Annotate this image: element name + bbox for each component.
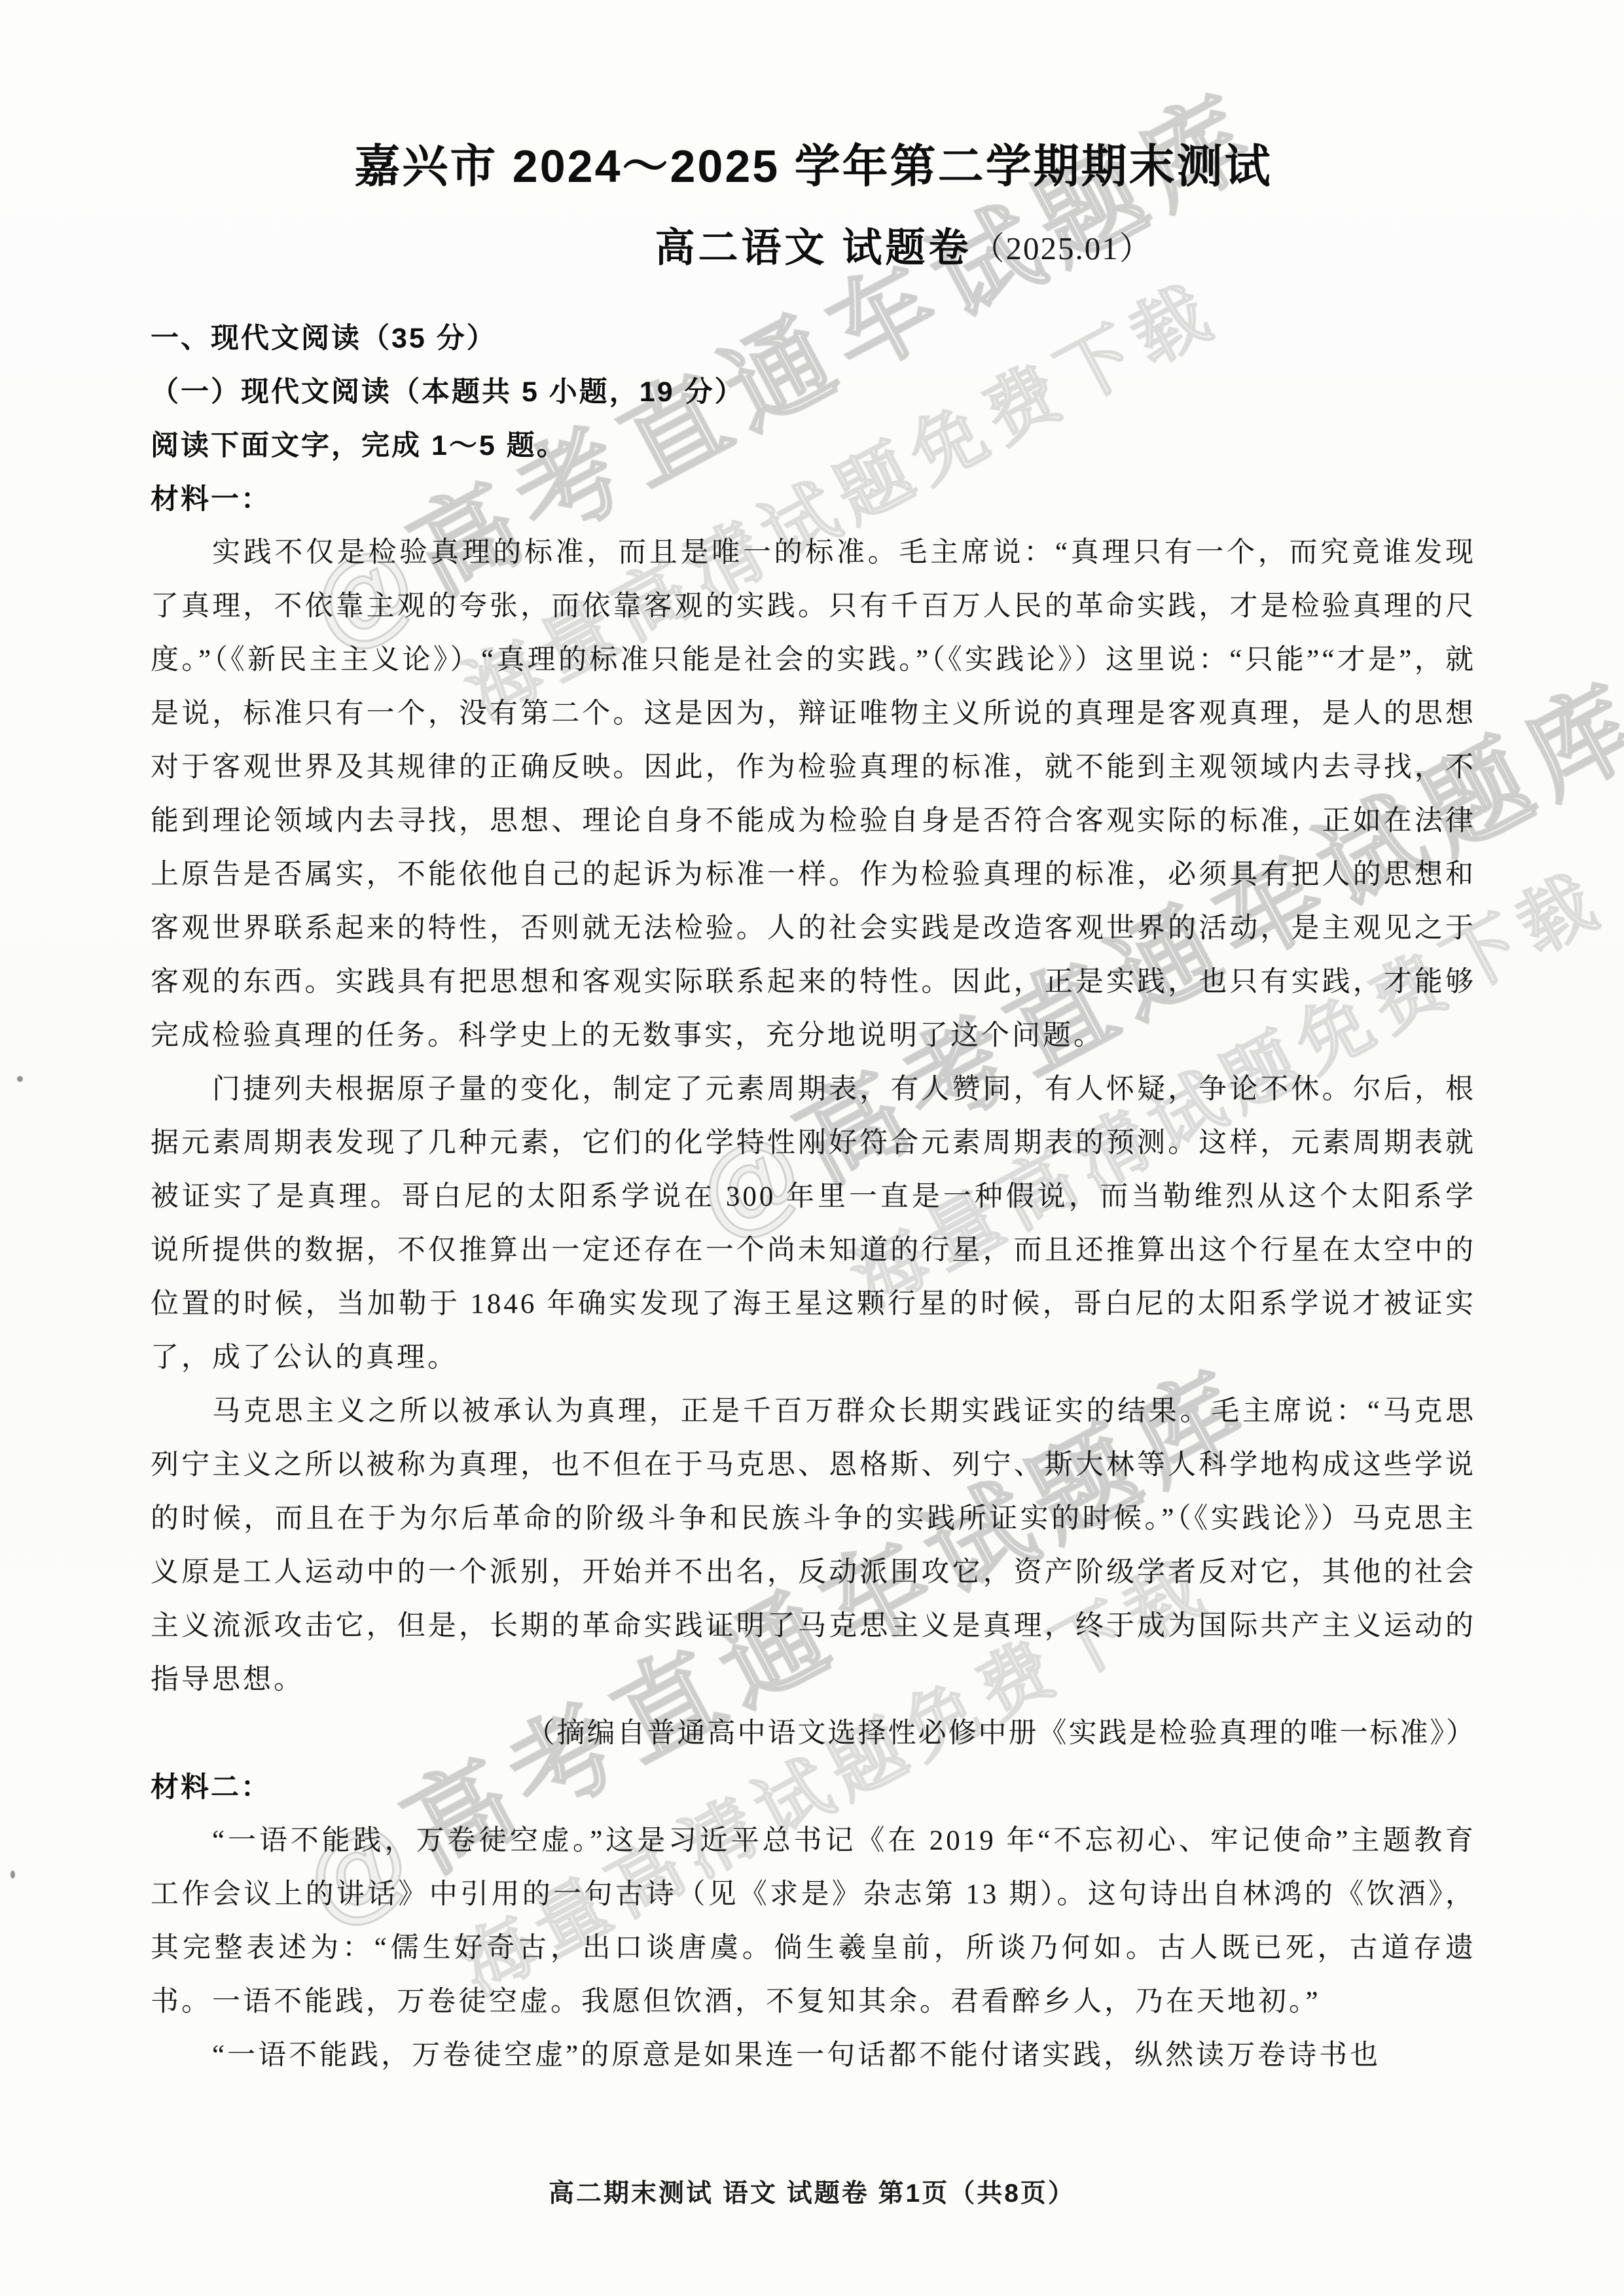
- label-line: 材料二：: [151, 1761, 1476, 1814]
- page-footer: 高二期末测试 语文 试题卷 第1页（共8页）: [0, 2173, 1624, 2210]
- document-content: 嘉兴市 2024～2025 学年第二学期期末测试 高二语文 试题卷 （2025.…: [151, 0, 1476, 2083]
- section-line: （一）现代文阅读（本题共 5 小题，19 分）: [151, 365, 1476, 419]
- section-line: 阅读下面文字，完成 1～5 题。: [151, 419, 1476, 473]
- exam-page: @高考直通车试题库 海量高清试题免费下载 @高考直通车试题库 海量高清试题免费下…: [0, 0, 1624, 2296]
- paragraph: “一语不能践，万卷徒空虚”的原意是如果连一句话都不能付诸实践，纵然读万卷诗书也: [151, 2029, 1476, 2083]
- exam-date: （2025.01）: [973, 229, 1153, 268]
- scan-artifact: [10, 1871, 15, 1878]
- paragraph: “一语不能践，万卷徒空虚。”这是习近平总书记《在 2019 年“不忘初心、牢记使…: [151, 1814, 1476, 2029]
- paragraph: 门捷列夫根据原子量的变化，制定了元素周期表，有人赞同，有人怀疑，争论不休。尔后，…: [151, 1063, 1476, 1385]
- exam-subtitle-row: 高二语文 试题卷 （2025.01）: [151, 223, 1476, 272]
- section-line: 一、现代文阅读（35 分）: [151, 312, 1476, 365]
- scan-artifact: [17, 1076, 23, 1082]
- exam-title: 嘉兴市 2024～2025 学年第二学期期末测试: [151, 139, 1476, 194]
- document-blocks: 一、现代文阅读（35 分）（一）现代文阅读（本题共 5 小题，19 分）阅读下面…: [151, 312, 1476, 2083]
- paragraph: 马克思主义之所以被承认为真理，正是千百万群众长期实践证实的结果。毛主席说：“马克…: [151, 1385, 1476, 1707]
- label-line: 材料一：: [151, 473, 1476, 526]
- exam-subtitle: 高二语文 试题卷: [655, 225, 972, 270]
- paragraph: 实践不仅是检验真理的标准，而且是唯一的标准。毛主席说：“真理只有一个，而究竟谁发…: [151, 526, 1476, 1063]
- attribution-line: （摘编自普通高中语文选择性必修中册《实践是检验真理的唯一标准》）: [151, 1707, 1476, 1761]
